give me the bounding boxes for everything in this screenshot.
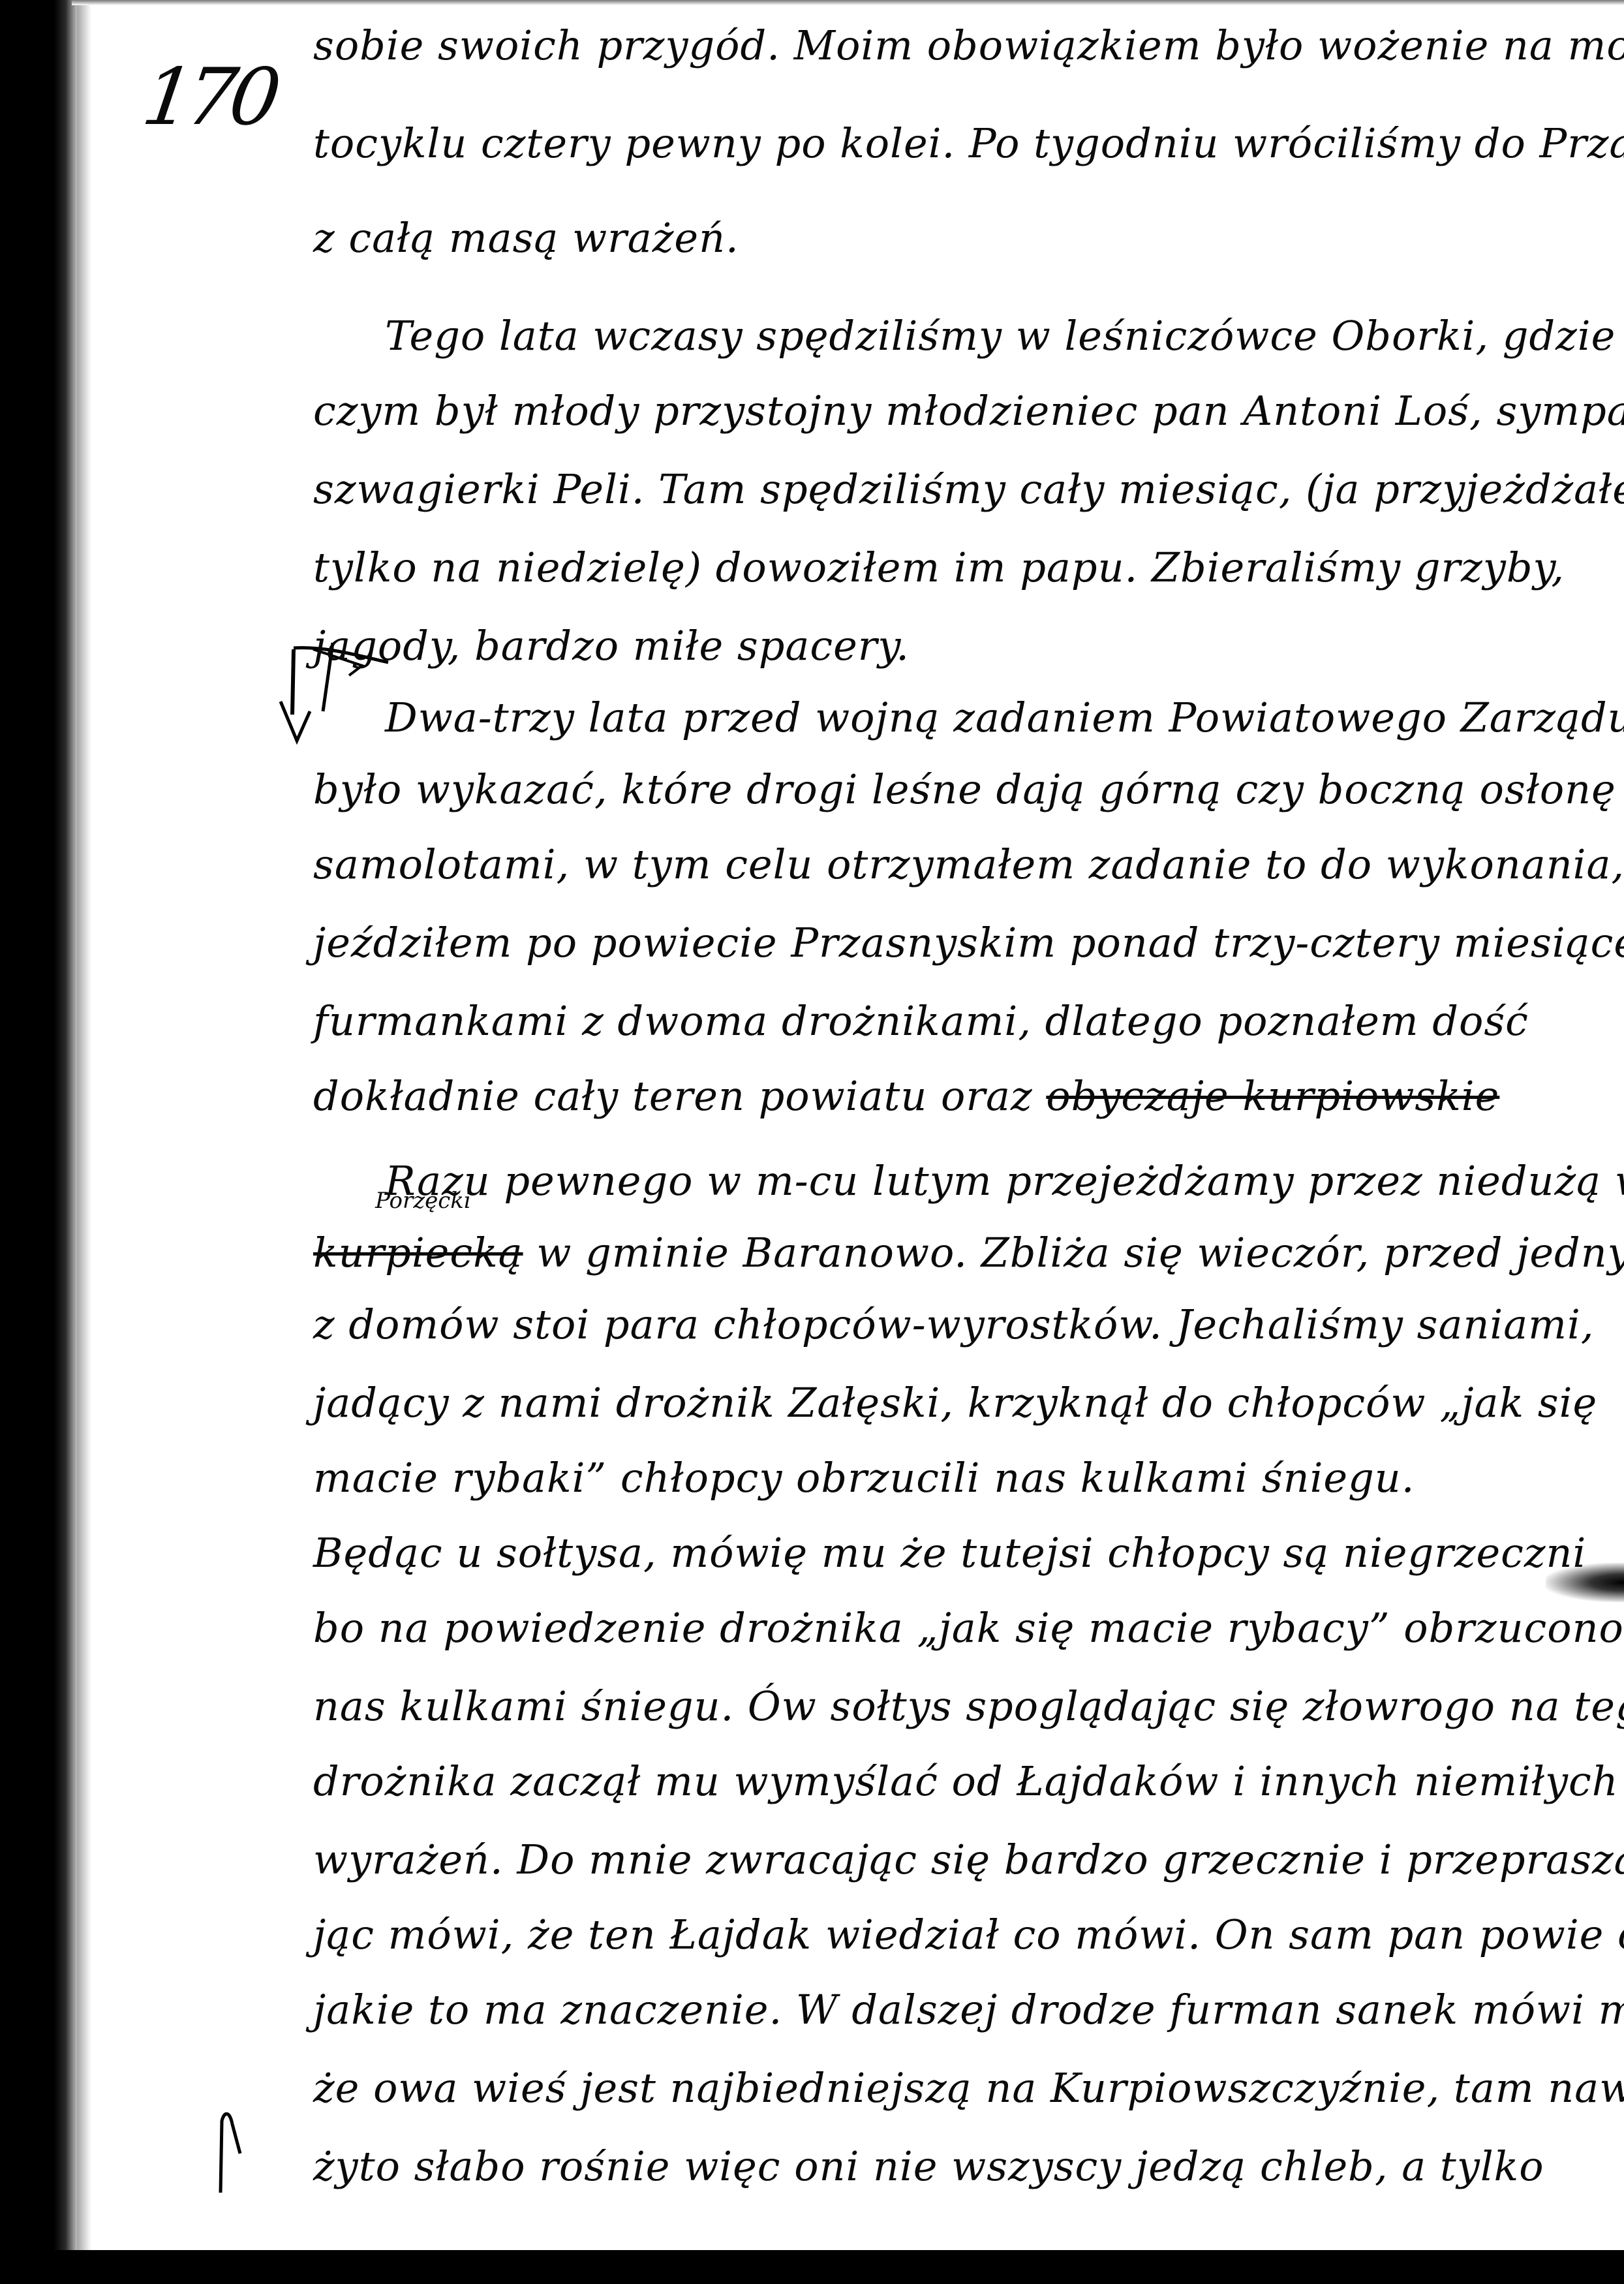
page-number: 170 — [137, 52, 280, 143]
text-line: że owa wieś jest najbiedniejszą na Kurpi… — [313, 2062, 1624, 2114]
scan-top-edge — [72, 0, 1624, 5]
text-line: Razu pewnego w m-cu lutym przejeżdżamy p… — [313, 1155, 1624, 1207]
text-line: dokładnie cały teren powiatu oraz obycza… — [313, 1070, 1499, 1122]
text-line: było wykazać, które drogi leśne dają gór… — [313, 764, 1624, 816]
text-line: jagody, bardzo miłe spacery. — [313, 620, 910, 672]
text-line: wyrażeń. Do mnie zwracając się bardzo gr… — [313, 1834, 1624, 1886]
caret-mark-icon — [215, 2108, 254, 2199]
text-line: samolotami, w tym celu otrzymałem zadani… — [313, 839, 1624, 891]
line-text: dokładnie cały teren powiatu oraz — [313, 1072, 1046, 1120]
text-line: bo na powiedzenie drożnika „jak się maci… — [313, 1602, 1624, 1654]
struck-text: kurpiecką — [313, 1229, 523, 1276]
text-line: z całą masą wrażeń. — [313, 212, 739, 264]
text-line: z domów stoi para chłopców-wyrostków. Je… — [313, 1299, 1595, 1351]
text-line: macie rybaki” chłopcy obrzucili nas kulk… — [313, 1452, 1415, 1504]
scan-bottom-edge — [0, 2250, 1624, 2284]
scan-binding-edge — [0, 0, 77, 2284]
text-line: jąc mówi, że ten Łajdak wiedział co mówi… — [313, 1909, 1624, 1961]
text-line: sobie swoich przygód. Moim obowiązkiem b… — [313, 20, 1624, 72]
text-line: Dwa-trzy lata przed wojną zadaniem Powia… — [313, 692, 1624, 744]
text-line: jakie to ma znaczenie. W dalszej drodze … — [313, 1984, 1624, 2036]
text-line: jeździłem po powiecie Przasnyskim ponad … — [313, 917, 1624, 969]
text-line: Tego lata wczasy spędziliśmy w leśniczów… — [313, 310, 1624, 362]
text-line: tocyklu cztery pewny po kolei. Po tygodn… — [313, 117, 1624, 170]
text-line: furmankami z dwoma drożnikami, dlatego p… — [313, 995, 1529, 1047]
text-line: żyto słabo rośnie więc oni nie wszyscy j… — [313, 2140, 1544, 2193]
struck-text: obyczaje kurpiowskie — [1046, 1072, 1499, 1120]
insertion-text: Porzęcki — [375, 1188, 471, 1214]
text-line: Będąc u sołtysa, mówię mu że tutejsi chł… — [313, 1527, 1586, 1579]
line-text: w gminie Baranowo. Zbliża się wieczór, p… — [523, 1229, 1624, 1276]
text-line: szwagierki Peli. Tam spędziliśmy cały mi… — [313, 463, 1624, 516]
text-line: czym był młody przystojny młodzieniec pa… — [313, 385, 1624, 437]
text-line: jadący z nami drożnik Załęski, krzyknął … — [313, 1377, 1597, 1429]
text-line: kurpiecką w gminie Baranowo. Zbliża się … — [313, 1227, 1624, 1279]
text-line: tylko na niedzielę) dowoziłem im papu. Z… — [313, 542, 1565, 594]
text-line: nas kulkami śniegu. Ów sołtys spoglądają… — [313, 1680, 1624, 1733]
text-line: drożnika zaczął mu wymyślać od Łajdaków … — [313, 1755, 1619, 1808]
